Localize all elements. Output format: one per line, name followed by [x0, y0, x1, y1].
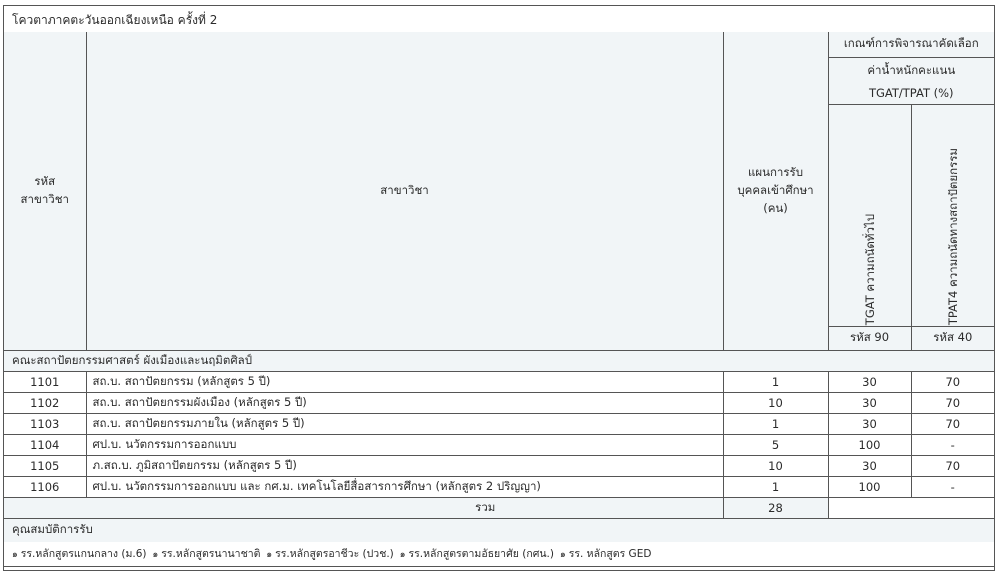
qualification-text: รร.หลักสูตรอาชีวะ (ปวช.) — [275, 548, 394, 560]
row-tpat4: 70 — [911, 413, 994, 434]
table-row: 1106ศป.บ. นวัตกรรมการออกแบบ และ กศ.ม. เท… — [4, 476, 994, 497]
qualification-item: ๑รร. หลักสูตร GED — [560, 548, 651, 560]
row-program: สถ.บ. สถาปัตยกรรมผังเมือง (หลักสูตร 5 ปี… — [86, 392, 723, 413]
row-plan: 1 — [723, 476, 828, 497]
table-row: 1104ศป.บ. นวัตกรรมการออกแบบ5100- — [4, 434, 994, 455]
row-tpat4: - — [911, 434, 994, 455]
total-value: 28 — [723, 497, 828, 518]
row-code: 1104 — [4, 434, 86, 455]
qualification-item: ๑รร.หลักสูตรนานาชาติ — [153, 548, 261, 560]
header-program: สาขาวิชา — [86, 32, 723, 350]
document-title-row: โควตาภาคตะวันออกเฉียงเหนือ ครั้งที่ 2 — [4, 6, 994, 33]
qualification-text: รร. หลักสูตร GED — [569, 548, 652, 560]
row-program: สถ.บ. สถาปัตยกรรมภายใน (หลักสูตร 5 ปี) — [86, 413, 723, 434]
qualification-text: รร.หลักสูตรตามอัธยาศัย (กศน.) — [408, 548, 553, 560]
bullet-icon: ๑ — [560, 550, 566, 560]
row-code: 1106 — [4, 476, 86, 497]
header-tgat-label: TGAT ความถนัดทั่วไป — [861, 200, 879, 325]
row-plan: 10 — [723, 455, 828, 476]
header-tgat-code: รหัส 90 — [828, 326, 911, 350]
header-tpat4: TPAT4 ความถนัดทางสถาปัตยกรรม — [911, 104, 994, 326]
qualifications-title: คุณสมบัติการรับ — [4, 518, 994, 542]
header-tpat4-code: รหัส 40 — [911, 326, 994, 350]
row-program: ศป.บ. นวัตกรรมการออกแบบ — [86, 434, 723, 455]
row-tgat: 30 — [828, 371, 911, 392]
row-tgat: 30 — [828, 392, 911, 413]
header-weight: ค่าน้ำหนักคะแนน TGAT/TPAT (%) — [828, 57, 994, 104]
row-tpat4: - — [911, 476, 994, 497]
document-title: โควตาภาคตะวันออกเฉียงเหนือ ครั้งที่ 2 — [12, 11, 217, 30]
row-program: สถ.บ. สถาปัตยกรรม (หลักสูตร 5 ปี) — [86, 371, 723, 392]
header-plan: แผนการรับ บุคคลเข้าศึกษา (คน) — [723, 32, 828, 350]
header-plan-line3: (คน) — [730, 200, 822, 218]
table-row: 1103สถ.บ. สถาปัตยกรรมภายใน (หลักสูตร 5 ป… — [4, 413, 994, 434]
qualification-item: ๑รร.หลักสูตรตามอัธยาศัย (กศน.) — [400, 548, 554, 560]
bullet-icon: ๑ — [12, 550, 18, 560]
qualifications-list: ๑รร.หลักสูตรแกนกลาง (ม.6)๑รร.หลักสูตรนาน… — [4, 542, 994, 566]
bullet-icon: ๑ — [153, 550, 159, 560]
header-code-line1: รหัส — [10, 173, 80, 191]
qualification-item: ๑รร.หลักสูตรอาชีวะ (ปวช.) — [266, 548, 393, 560]
table-row: 1102สถ.บ. สถาปัตยกรรมผังเมือง (หลักสูตร … — [4, 392, 994, 413]
row-plan: 1 — [723, 413, 828, 434]
qualification-text: รร.หลักสูตรแกนกลาง (ม.6) — [21, 548, 147, 560]
header-criteria: เกณฑ์การพิจารณาคัดเลือก — [828, 32, 994, 57]
header-plan-line1: แผนการรับ — [730, 164, 822, 182]
table-row: 1101สถ.บ. สถาปัตยกรรม (หลักสูตร 5 ปี)130… — [4, 371, 994, 392]
table-row: 1105ภ.สถ.บ. ภูมิสถาปัตยกรรม (หลักสูตร 5 … — [4, 455, 994, 476]
row-tpat4: 70 — [911, 455, 994, 476]
row-tpat4: 70 — [911, 371, 994, 392]
row-plan: 5 — [723, 434, 828, 455]
header-weight-line2: TGAT/TPAT (%) — [835, 86, 989, 100]
row-plan: 1 — [723, 371, 828, 392]
header-tgat: TGAT ความถนัดทั่วไป — [828, 104, 911, 326]
quota-table: รหัส สาขาวิชา สาขาวิชา แผนการรับ บุคคลเข… — [4, 32, 994, 567]
qualification-text: รร.หลักสูตรนานาชาติ — [161, 548, 260, 560]
row-program: ภ.สถ.บ. ภูมิสถาปัตยกรรม (หลักสูตร 5 ปี) — [86, 455, 723, 476]
row-tgat: 100 — [828, 434, 911, 455]
header-weight-line1: ค่าน้ำหนักคะแนน — [835, 62, 989, 80]
quota-document: โควตาภาคตะวันออกเฉียงเหนือ ครั้งที่ 2 รห… — [3, 5, 995, 571]
header-code: รหัส สาขาวิชา — [4, 32, 86, 350]
row-tpat4: 70 — [911, 392, 994, 413]
row-code: 1103 — [4, 413, 86, 434]
header-code-line2: สาขาวิชา — [10, 191, 80, 209]
row-tgat: 30 — [828, 455, 911, 476]
row-code: 1101 — [4, 371, 86, 392]
header-plan-line2: บุคคลเข้าศึกษา — [730, 182, 822, 200]
total-empty — [828, 497, 994, 518]
row-plan: 10 — [723, 392, 828, 413]
row-tgat: 30 — [828, 413, 911, 434]
row-tgat: 100 — [828, 476, 911, 497]
row-code: 1105 — [4, 455, 86, 476]
total-label: รวม — [4, 497, 723, 518]
row-code: 1102 — [4, 392, 86, 413]
bullet-icon: ๑ — [266, 550, 272, 560]
header-tpat4-label: TPAT4 ความถนัดทางสถาปัตยกรรม — [944, 134, 962, 325]
qualification-item: ๑รร.หลักสูตรแกนกลาง (ม.6) — [12, 548, 147, 560]
bullet-icon: ๑ — [400, 550, 406, 560]
row-program: ศป.บ. นวัตกรรมการออกแบบ และ กศ.ม. เทคโนโ… — [86, 476, 723, 497]
faculty-row: คณะสถาปัตยกรรมศาสตร์ ผังเมืองและนฤมิตศิล… — [4, 350, 994, 371]
